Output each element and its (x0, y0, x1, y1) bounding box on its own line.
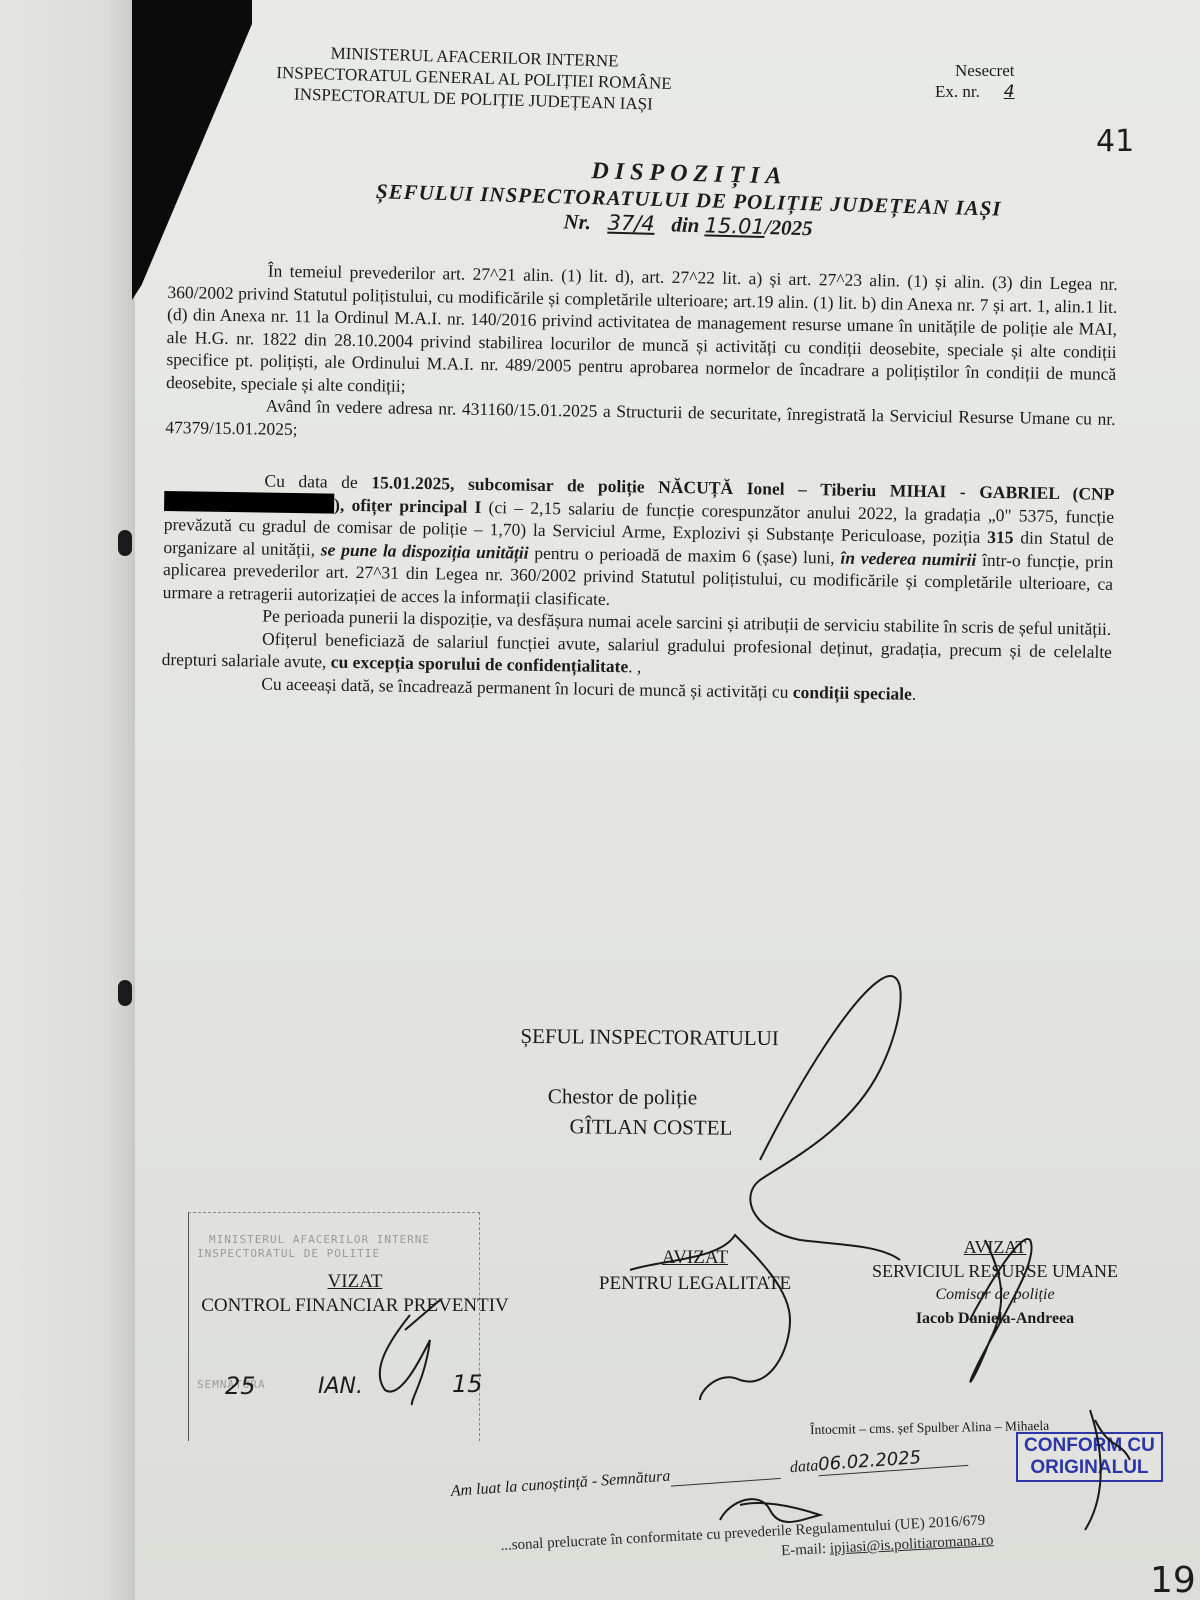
copy-number: Ex. nr. 4 (935, 82, 1034, 102)
redacted-cnp (164, 490, 334, 513)
signatory-rank: Chestor de poliție (548, 1081, 779, 1113)
financial-date-month: IAN. (318, 1374, 363, 1399)
document-body: În temeiul prevederilor art. 27^21 alin.… (161, 258, 1118, 708)
financial-date-day: 25 (225, 1372, 256, 1400)
handwritten-page-number: 41 (1096, 124, 1134, 159)
binder-hole (118, 530, 132, 556)
legal-basis-paragraph: În temeiul prevederilor art. 27^21 alin.… (166, 258, 1118, 408)
avizat-label: AVIZAT (580, 1245, 810, 1271)
signatory-role: ȘEFUL INSPECTORATULUI (520, 1021, 779, 1053)
decision-paragraph: Cu data de 15.01.2025, subcomisar de pol… (163, 468, 1115, 618)
chief-signature-block: ȘEFUL INSPECTORATULUI Chestor de poliție… (519, 1021, 778, 1143)
financial-control-text: CONTROL FINANCIAR PREVENTIV (190, 1294, 520, 1318)
financial-control-approval: VIZAT CONTROL FINANCIAR PREVENTIV (190, 1270, 520, 1318)
classification-label: Nesecret (955, 60, 1014, 82)
avizat-label: AVIZAT (855, 1235, 1135, 1259)
adjacent-page (0, 0, 135, 1600)
financial-control-stamp: MINISTERUL AFACERILOR INTERNE INSPECTORA… (188, 1212, 480, 1441)
financial-date-year: 15 (452, 1370, 483, 1398)
signatory-name: GÎTLAN COSTEL (569, 1111, 778, 1143)
copy-number-value: 4 (984, 82, 1034, 102)
certified-copy-stamp: CONFORM CU ORIGINALUL (1016, 1432, 1163, 1482)
legal-approval-text: PENTRU LEGALITATE (580, 1271, 810, 1297)
nr-value: 37/4 (596, 210, 667, 236)
legal-approval: AVIZAT PENTRU LEGALITATE (580, 1245, 810, 1297)
vizat-label: VIZAT (190, 1270, 520, 1294)
binder-hole (118, 980, 132, 1006)
hr-approval: AVIZAT SERVICIUL RESURSE UMANE Comisar d… (855, 1235, 1135, 1331)
date-handwritten: 15.01 (704, 213, 765, 239)
hr-name: Iacob Daniela-Andreea (855, 1307, 1135, 1331)
letterhead: MINISTERUL AFACERILOR INTERNE INSPECTORA… (238, 40, 710, 116)
corner-page-mark: 19 (1150, 1560, 1196, 1600)
hr-rank: Comisar de poliție (855, 1283, 1135, 1307)
hr-department: SERVICIUL RESURSE UMANE (855, 1259, 1135, 1283)
